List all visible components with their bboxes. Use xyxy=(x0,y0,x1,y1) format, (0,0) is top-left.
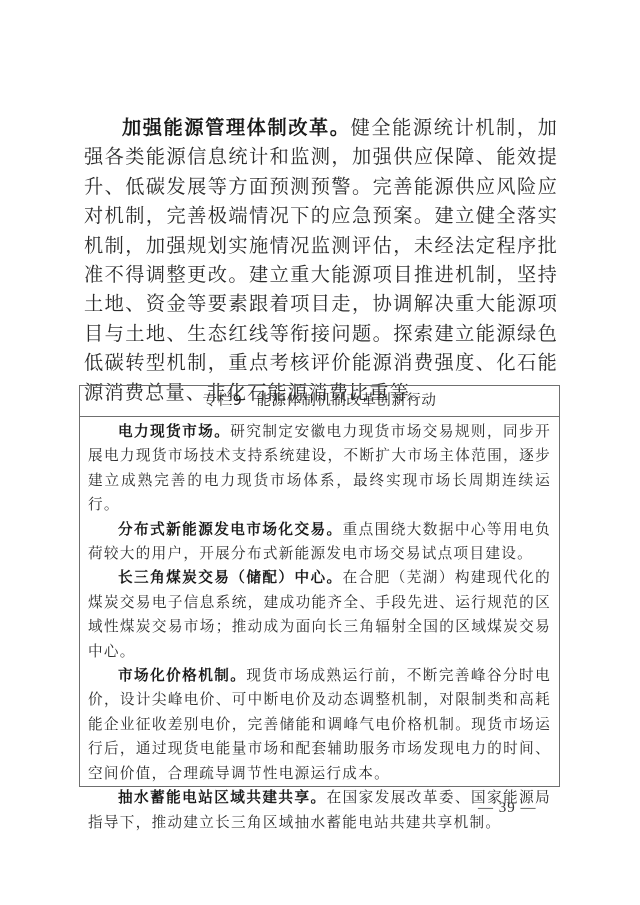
item-heading: 抽水蓄能电站区域共建共享。 xyxy=(118,789,327,806)
box-title-row: 专栏9能源体制机制改革创新行动 xyxy=(80,386,559,417)
paragraph-heading: 加强能源管理体制改革。 xyxy=(122,116,351,139)
item-heading: 市场化价格机制。 xyxy=(118,667,246,684)
box-item: 分布式新能源发电市场化交易。重点围绕大数据中心等用电负荷较大的用户，开展分布式新… xyxy=(88,518,551,567)
page-number: — 39 — xyxy=(478,800,537,817)
main-paragraph: 加强能源管理体制改革。健全能源统计机制，加强各类能源信息统计和监测，加强供应保障… xyxy=(84,113,558,407)
item-heading: 电力现货市场。 xyxy=(118,423,230,440)
box-body: 电力现货市场。研究制定安徽电力现货市场交易规则，同步开展电力现货市场技术支持系统… xyxy=(80,417,559,835)
column-box: 专栏9能源体制机制改革创新行动 电力现货市场。研究制定安徽电力现货市场交易规则，… xyxy=(79,385,560,787)
paragraph-body: 健全能源统计机制，加强各类能源信息统计和监测，加强供应保障、能效提升、低碳发展等… xyxy=(84,116,558,404)
item-heading: 长三角煤炭交易（储配）中心。 xyxy=(118,569,343,586)
box-item: 电力现货市场。研究制定安徽电力现货市场交易规则，同步开展电力现货市场技术支持系统… xyxy=(88,420,551,518)
box-label: 专栏9 xyxy=(203,393,243,409)
item-heading: 分布式新能源发电市场化交易。 xyxy=(118,521,343,538)
box-item: 市场化价格机制。现货市场成熟运行前，不断完善峰谷分时电价，设计尖峰电价、可中断电… xyxy=(88,664,551,786)
item-body: 现货市场成熟运行前，不断完善峰谷分时电价，设计尖峰电价、可中断电价及动态调整机制… xyxy=(88,667,551,782)
box-item: 长三角煤炭交易（储配）中心。在合肥（芜湖）构建现代化的煤炭交易电子信息系统，建成… xyxy=(88,566,551,664)
document-page: 加强能源管理体制改革。健全能源统计机制，加强各类能源信息统计和监测，加强供应保障… xyxy=(0,0,640,905)
box-title: 能源体制机制改革创新行动 xyxy=(256,393,436,409)
